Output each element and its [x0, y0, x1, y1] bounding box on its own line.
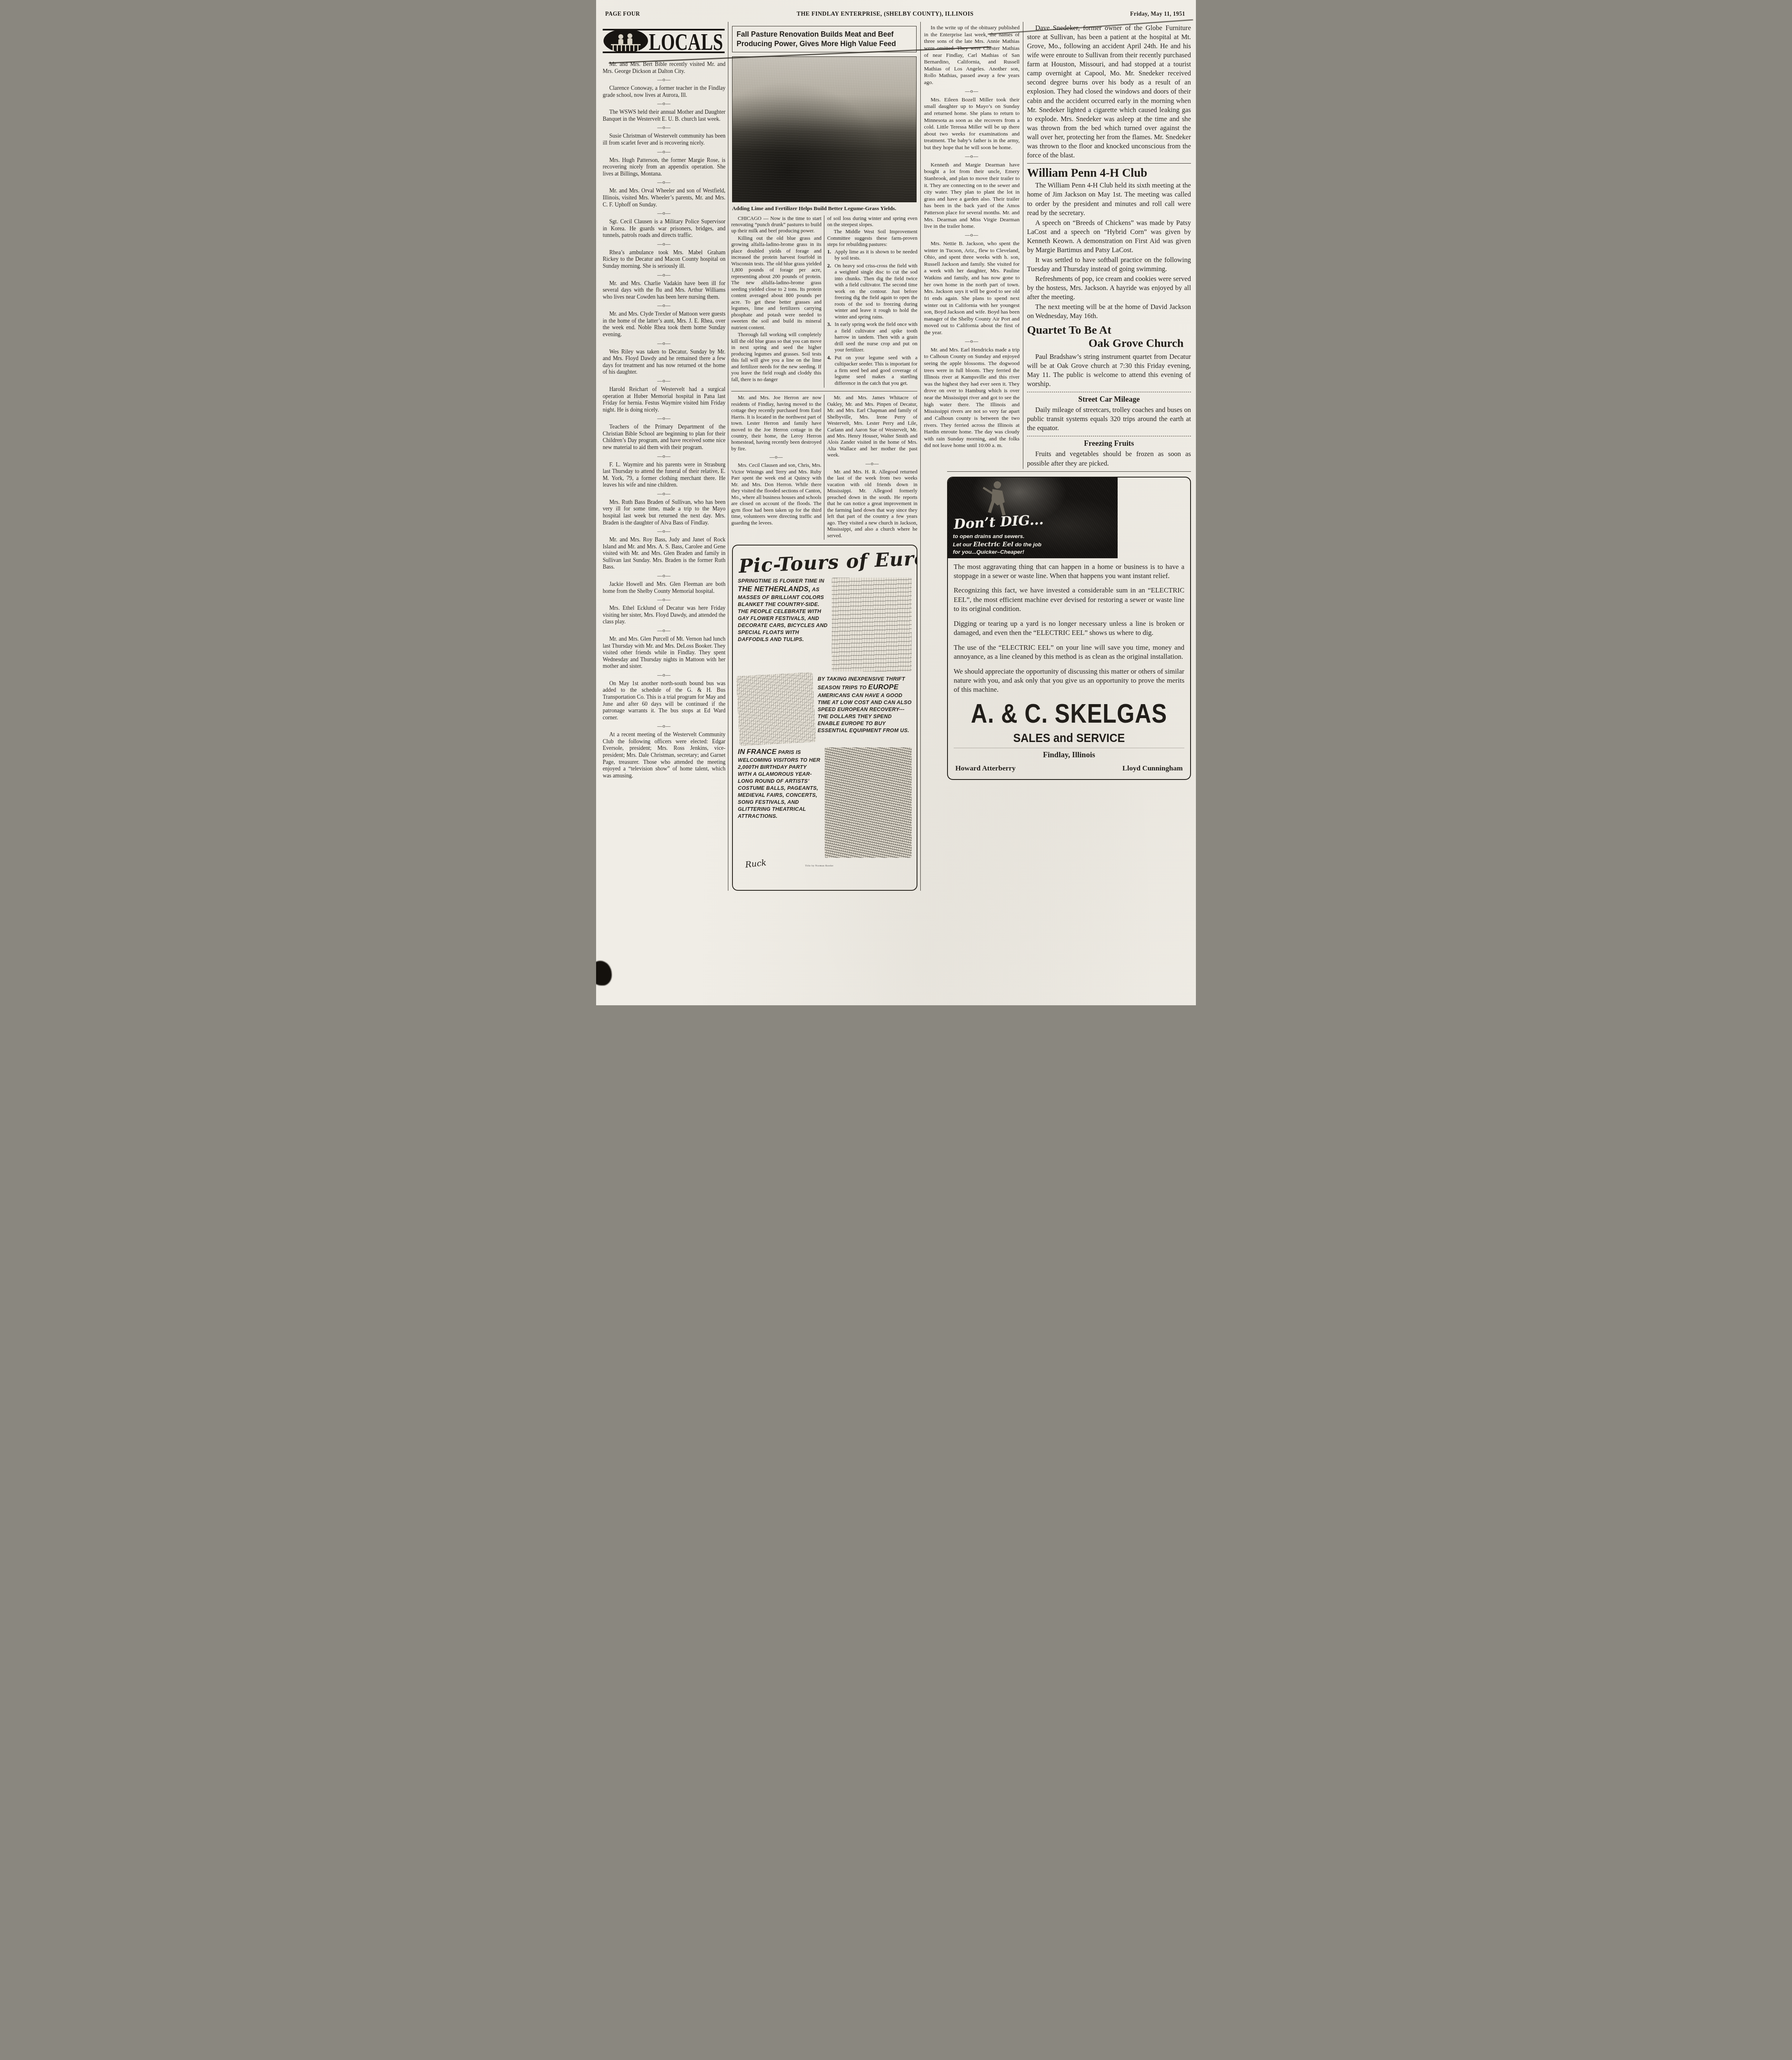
article-paragraph: Thorough fall working will completely ki…	[731, 332, 821, 383]
quartet-headline-line2: Oak Grove Church	[1027, 337, 1191, 350]
france-name: FRANCE	[746, 748, 777, 756]
skelgas-city: Findlay, Illinois	[954, 748, 1184, 760]
news-item: Mr. and Mrs. Joe Herron are now resident…	[731, 395, 821, 452]
local-news-sections: Mr. and Mrs. Joe Herron are now resident…	[731, 395, 917, 540]
netherlands-name: THE NETHERLANDS,	[738, 585, 811, 593]
locals-item: The WSWS held their annual Mother and Da…	[603, 109, 725, 122]
article-left-column: CHICAGO — Now is the time to start renov…	[731, 215, 824, 388]
locals-column: LOCALS Mr. and Mrs. Bert Bible recently …	[603, 22, 725, 891]
article-paragraph: Killing out the old blue grass and growi…	[731, 235, 821, 331]
item-divider: —o—	[603, 723, 725, 729]
pictours-ad: Pic-Tours of Europe— SPRINGTIME IS FLOWE…	[732, 545, 917, 891]
locals-title: LOCALS	[649, 30, 723, 55]
fourh-paragraph: The William Penn 4-H Club held its sixth…	[1027, 181, 1191, 217]
locals-item: Jackie Howell and Mrs. Glen Fleeman are …	[603, 581, 725, 595]
eel-paragraph: Recognizing this fact, we have invested …	[954, 586, 1184, 613]
rebuild-step: 1. Apply lime as it is shown to be neede…	[827, 249, 917, 262]
locals-item: F. L. Waymire and his parents were in St…	[603, 461, 725, 489]
locals-item: Mrs. Hugh Patterson, the former Margie R…	[603, 157, 725, 178]
item-divider: —o—	[603, 101, 725, 107]
tulip-field-illustration	[832, 578, 912, 672]
fourh-paragraph: Refreshments of pop, ice cream and cooki…	[1027, 274, 1191, 302]
news-item: Mr. and Mrs. H. R. Allegood returned the…	[827, 469, 917, 539]
locals-item: Mr. and Mrs. Roy Bass, Judy and Janet of…	[603, 536, 725, 571]
article-paragraph: CHICAGO — Now is the time to start renov…	[731, 215, 821, 234]
owner-right: Lloyd Cunningham	[1123, 764, 1183, 772]
issue-date: Friday, May 11, 1951	[1130, 11, 1185, 18]
locals-item: At a recent meeting of the Westervelt Co…	[603, 731, 725, 779]
article-right-column: of soil loss during winter and spring ev…	[824, 215, 917, 388]
artist-signature: Ruck	[745, 858, 767, 870]
train-illustration	[736, 672, 816, 746]
section-rule	[1027, 163, 1191, 164]
france-row: IN FRANCE PARIS IS WELCOMING VISITORS TO…	[738, 747, 912, 858]
newspaper-title: THE FINDLAY ENTERPRISE, (SHELBY COUNTY),…	[797, 11, 973, 18]
item-divider: —o—	[603, 149, 725, 155]
netherlands-rest: AS MASSES OF BRILLIANT COLORS BLANKET TH…	[738, 587, 828, 642]
section-rule	[1027, 436, 1191, 436]
article-paragraph: The Middle West Soil Improvement Committ…	[827, 229, 917, 248]
locals-item: On May 1st another north-south bound bus…	[603, 680, 725, 721]
locals-item: Wes Riley was taken to Decatur, Sunday b…	[603, 349, 725, 376]
step-text: Put on your legume seed with a cultipack…	[835, 355, 917, 386]
locals-item: Teachers of the Primary Department of th…	[603, 424, 725, 451]
fourh-paragraph: A speech on “Breeds of Chickens” was mad…	[1027, 218, 1191, 255]
locals-item: Mr. and Mrs. Clyde Trexler of Mattoon we…	[603, 311, 725, 338]
item-divider: —o—	[924, 153, 1020, 159]
europe-rest: AMERICANS CAN HAVE A GOOD TIME AT LOW CO…	[818, 693, 912, 733]
skelgas-owners: Howard Atterberry Lloyd Cunningham	[955, 764, 1183, 772]
netherlands-text: SPRINGTIME IS FLOWER TIME IN THE NETHERL…	[738, 578, 828, 672]
step-text: On heavy sod criss-cross the field with …	[835, 263, 917, 320]
ad-top-rule	[947, 471, 1191, 472]
feature-article: CHICAGO — Now is the time to start renov…	[731, 215, 917, 388]
freezing-headline: Freezing Fruits	[1027, 440, 1191, 448]
section-rule	[1027, 392, 1191, 392]
right-columns: In the write up of the obituary publishe…	[923, 22, 1191, 891]
item-divider: —o—	[603, 573, 725, 579]
europe-row: BY TAKING INEXPENSIVE THRIFT SEASON TRIP…	[738, 672, 912, 744]
step-number: 3.	[827, 321, 835, 354]
news-item: Mrs. Nettie B. Jackson, who spent the wi…	[924, 240, 1020, 336]
item-divider: —o—	[603, 210, 725, 216]
item-divider: —o—	[924, 232, 1020, 238]
section-rule	[731, 391, 917, 391]
locals-item: Mr. and Mrs. Glen Purcell of Mt. Vernon …	[603, 636, 725, 670]
locals-item: Mr. and Mrs. Charlie Vadakin have been i…	[603, 280, 725, 301]
step-text: In early spring work the field once with…	[835, 321, 917, 353]
herron-column: Mr. and Mrs. Joe Herron are now resident…	[731, 395, 824, 540]
item-divider: —o—	[603, 272, 725, 278]
locals-logo: LOCALS	[603, 28, 725, 57]
item-divider: —o—	[731, 454, 821, 460]
item-divider: —o—	[603, 453, 725, 459]
quartet-body: Paul Bradshaw’s string instrument quarte…	[1027, 352, 1191, 389]
news-item: Mrs. Eileen Bozell Miller took their sma…	[924, 96, 1020, 151]
dig-line2: to open drains and sewers.	[953, 533, 1025, 539]
pasture-photo	[732, 56, 917, 202]
item-divider: —o—	[924, 338, 1020, 344]
france-intro: IN	[738, 748, 745, 756]
feature-column: Fall Pasture Renovation Builds Meat and …	[728, 22, 921, 891]
skelgas-name: A. & C. SKELGAS	[954, 700, 1184, 728]
item-divider: —o—	[603, 340, 725, 346]
locals-item: Sgt. Cecil Clausen is a Military Police …	[603, 218, 725, 239]
locals-item: Rhea’s ambulance took Mrs. Mabel Graham …	[603, 249, 725, 270]
page-number: PAGE FOUR	[605, 11, 640, 18]
eel-paragraph: Digging or tearing up a yard is no longe…	[954, 619, 1184, 638]
item-divider: —o—	[603, 597, 725, 603]
whitacre-column: Mr. and Mrs. James Whitacre of Oakley, M…	[824, 395, 917, 540]
photo-caption: Adding Lime and Fertilizer Helps Build B…	[732, 205, 917, 212]
fourh-paragraph: The next meeting will be at the home of …	[1027, 302, 1191, 321]
item-divider: —o—	[603, 124, 725, 131]
locals-logo-art: LOCALS	[603, 28, 725, 55]
europe-text: BY TAKING INEXPENSIVE THRIFT SEASON TRIP…	[818, 676, 912, 744]
dont-dig-photo: Don’t DIG... to open drains and sewers. …	[948, 478, 1118, 558]
dig-line4: for you...Quicker–Cheaper!	[953, 549, 1024, 555]
step-number: 1.	[827, 249, 835, 262]
item-divider: —o—	[603, 672, 725, 678]
item-divider: —o—	[603, 241, 725, 247]
skelgas-tagline: SALES and SERVICE	[954, 731, 1184, 745]
streetcar-body: Daily mileage of streetcars, trolley coa…	[1027, 405, 1191, 433]
item-divider: —o—	[603, 378, 725, 384]
france-rest: PARIS IS WELCOMING VISITORS TO HER 2,000…	[738, 749, 820, 819]
locals-item: Clarence Conoway, a former teacher in th…	[603, 85, 725, 98]
paris-crowd-illustration	[825, 747, 912, 858]
item-divider: —o—	[827, 461, 917, 467]
netherlands-intro: SPRINGTIME IS FLOWER TIME IN	[738, 578, 824, 584]
eel-paragraph: The use of the “ELECTRIC EEL” on your li…	[954, 643, 1184, 662]
france-text: IN FRANCE PARIS IS WELCOMING VISITORS TO…	[738, 747, 821, 858]
scan-ink-blob	[596, 961, 612, 986]
locals-item: Mrs. Ethel Ecklund of Decatur was here F…	[603, 605, 725, 625]
snedeker-story: Dave Snedeker, former owner of the Globe…	[1027, 23, 1191, 160]
fourh-headline: William Penn 4-H Club	[1027, 167, 1191, 179]
dig-line3: Let our	[953, 541, 973, 548]
news-item: Mrs. Cecil Clausen and son, Chris, Mrs. …	[731, 462, 821, 526]
owner-left: Howard Atterberry	[955, 764, 1015, 772]
page-content: LOCALS Mr. and Mrs. Bert Bible recently …	[596, 20, 1196, 891]
masthead: PAGE FOUR THE FINDLAY ENTERPRISE, (SHELB…	[596, 0, 1196, 20]
netherlands-row: SPRINGTIME IS FLOWER TIME IN THE NETHERL…	[738, 578, 912, 672]
news-column-five: Dave Snedeker, former owner of the Globe…	[1023, 22, 1191, 469]
locals-item: Mrs. Ruth Bass Braden of Sullivan, who h…	[603, 499, 725, 526]
skelgas-ad: A. & C. SKELGAS SALES and SERVICE Findla…	[954, 702, 1184, 772]
item-divider: —o—	[603, 302, 725, 309]
item-divider: —o—	[603, 528, 725, 534]
news-item: Kenneth and Margie Dearman have bought a…	[924, 162, 1020, 230]
item-divider: —o—	[603, 627, 725, 634]
rebuild-step: 2. On heavy sod criss-cross the field wi…	[827, 263, 917, 321]
rebuild-step: 4. Put on your legume seed with a cultip…	[827, 355, 917, 387]
dont-dig-subtext: to open drains and sewers. Let our Elect…	[953, 533, 1041, 556]
rebuild-step: 3. In early spring work the field once w…	[827, 321, 917, 354]
electric-eel-name: Electric Eel	[973, 541, 1013, 548]
news-item: Mr. and Mrs. Earl Hendricks made a trip …	[924, 346, 1020, 449]
item-divider: —o—	[603, 415, 725, 421]
streetcar-headline: Street Car Mileage	[1027, 396, 1191, 404]
europe-name: EUROPE	[868, 683, 899, 691]
item-divider: —o—	[603, 491, 725, 497]
newspaper-page: PAGE FOUR THE FINDLAY ENTERPRISE, (SHELB…	[596, 0, 1196, 1005]
fourh-paragraph: It was settled to have softball practice…	[1027, 255, 1191, 274]
pictours-title: Pic-Tours of Europe—	[738, 548, 912, 577]
step-text: Apply lime as it is shown to be needed b…	[835, 249, 917, 262]
news-item: Mr. and Mrs. James Whitacre of Oakley, M…	[827, 395, 917, 459]
locals-item: Mr. and Mrs. Orval Wheeler and son of We…	[603, 187, 725, 208]
right-top-columns: In the write up of the obituary publishe…	[923, 22, 1191, 469]
item-divider: —o—	[603, 77, 725, 83]
step-number: 4.	[827, 355, 835, 387]
news-column-four: In the write up of the obituary publishe…	[923, 22, 1023, 469]
feature-headline: Fall Pasture Renovation Builds Meat and …	[732, 26, 917, 52]
eel-paragraph: We should appreciate the opportunity of …	[954, 667, 1184, 695]
dont-dig-text: Don’t DIG...	[953, 511, 1044, 532]
item-divider: —o—	[603, 179, 725, 185]
article-paragraph: of soil loss during winter and spring ev…	[827, 215, 917, 228]
step-number: 2.	[827, 263, 835, 321]
eel-paragraph: The most aggravating thing that can happ…	[954, 562, 1184, 581]
title-credit: Title by Norman Reeder	[805, 865, 833, 867]
locals-item: Harold Reichart of Westervelt had a surg…	[603, 386, 725, 413]
electric-eel-ad: Don’t DIG... to open drains and sewers. …	[947, 477, 1191, 780]
item-divider: —o—	[924, 88, 1020, 94]
locals-item: Susie Christman of Westervelt community …	[603, 133, 725, 146]
quartet-headline: Quartet To Be At Oak Grove Church	[1027, 324, 1191, 350]
quartet-headline-line1: Quartet To Be At	[1027, 324, 1111, 337]
freezing-body: Fruits and vegetables should be frozen a…	[1027, 449, 1191, 468]
dig-line3-post: do the job	[1013, 541, 1041, 548]
